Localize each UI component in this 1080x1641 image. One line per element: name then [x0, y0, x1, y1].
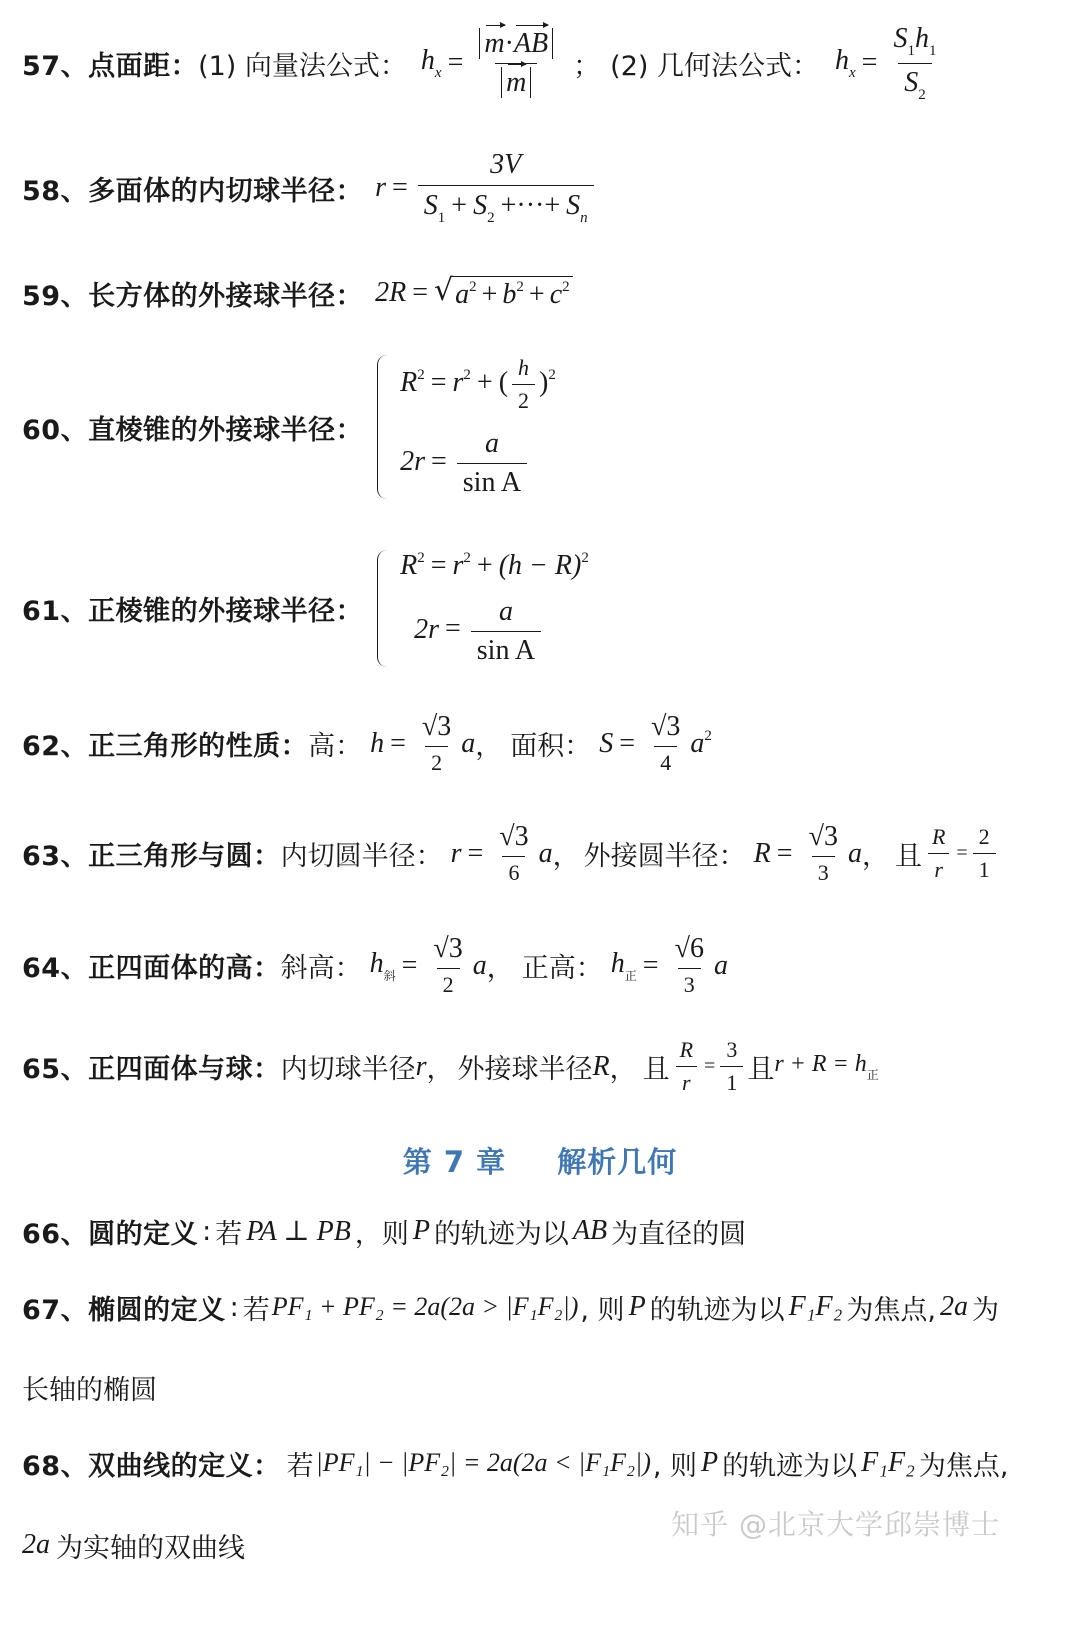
fraction: √36: [493, 821, 534, 886]
math-var: hx: [421, 45, 442, 82]
label: 正高：: [522, 946, 603, 985]
formula-64: 64、 正四面体的高： 斜高： h斜= √32 a ， 正高： h正= √63 …: [22, 928, 728, 1003]
fraction: 31: [720, 1037, 743, 1096]
separator: ，: [862, 834, 889, 873]
math-var: h: [370, 728, 384, 760]
item-title: 直棱锥的外接球半径：: [88, 408, 363, 447]
item-title: 多面体的内切球半径：: [88, 169, 363, 208]
text: 且: [643, 1047, 670, 1086]
item-title: 正三角形的性质：: [88, 724, 308, 763]
text: 为实轴的双曲线: [56, 1526, 245, 1565]
item-title: 椭圆的定义: [88, 1288, 226, 1327]
item-number: 62、: [22, 724, 88, 763]
math-var: r: [416, 1051, 427, 1083]
text: 若: [243, 1288, 270, 1327]
fraction: 21: [973, 824, 996, 883]
math-expression: PA ⊥ PB: [246, 1214, 351, 1248]
item-title: 正三角形与圆：: [88, 834, 281, 873]
item-title: 圆的定义: [88, 1212, 198, 1251]
equation-system: R2=r2+(h2)2 2r=asin A: [377, 355, 556, 499]
text: , 则: [653, 1444, 697, 1483]
fraction: √32: [416, 711, 457, 776]
item-title: 正四面体与球：: [88, 1047, 281, 1086]
separator: ；: [573, 44, 600, 83]
math-var: 2a: [940, 1291, 968, 1323]
text: 的轨迹为以: [722, 1444, 857, 1483]
math-var: a: [714, 950, 728, 982]
math-var: h斜: [370, 948, 396, 984]
sqrt-icon: √: [434, 276, 453, 306]
math-var: a2: [690, 728, 712, 760]
math-var: a: [848, 838, 862, 870]
item-title: 长方体的外接球半径：: [88, 274, 363, 313]
text: 内切球半径: [281, 1047, 416, 1086]
item-number: 65、: [22, 1047, 88, 1086]
math-expression: r + R = h正: [774, 1051, 878, 1083]
item-number: 60、: [22, 408, 88, 447]
fraction: √32: [427, 933, 468, 998]
formula-68: 68、 双曲线的定义： 若 |PF₁| − |PF₂| = 2a(2a < |F…: [22, 1440, 1008, 1486]
colon: :: [202, 1216, 211, 1247]
colon: :: [230, 1292, 239, 1323]
formula-60: 60、 直棱锥的外接球半径： R2=r2+(h2)2 2r=asin A: [22, 352, 556, 502]
separator: ，: [426, 1047, 453, 1086]
item-number: 64、: [22, 946, 88, 985]
text: 长轴的椭圆: [22, 1368, 157, 1407]
label: 面积：: [510, 724, 591, 763]
chapter-title: 解析几何: [557, 1145, 677, 1179]
text: 的轨迹为以: [434, 1212, 569, 1251]
math-var: P: [629, 1291, 646, 1323]
watermark: 知乎 @北京大学邱崇博士: [671, 1503, 1000, 1543]
label: 外接圆半径：: [584, 834, 746, 873]
math-var: P: [413, 1215, 430, 1247]
formula-67: 67、 椭圆的定义 : 若 PF₁ + PF₂ = 2a(2a > |F₁F₂|…: [22, 1284, 999, 1330]
item-number: 68、: [22, 1444, 88, 1483]
text: 为直径的圆: [611, 1212, 746, 1251]
formula-59: 59、 长方体的外接球半径： 2R = √ a2+b2+c2: [22, 268, 573, 318]
fraction: √63: [669, 933, 710, 998]
sqrt-expression: √ a2+b2+c2: [434, 276, 573, 311]
math-var: a: [539, 838, 553, 870]
equals: =: [862, 47, 878, 79]
math-var: F₁F₂: [789, 1291, 843, 1323]
text: 为: [972, 1288, 999, 1327]
separator: ，: [553, 834, 580, 873]
fraction: Rr: [926, 824, 951, 883]
text: 若: [215, 1212, 242, 1251]
fraction: m·AB m: [473, 28, 559, 99]
math-var: AB: [573, 1215, 607, 1247]
formula-62: 62、 正三角形的性质： 高： h= √32 a ， 面积： S= √34 a2: [22, 706, 712, 781]
item-number: 57、: [22, 44, 88, 83]
chapter-heading: 第 7 章 解析几何: [0, 1140, 1080, 1181]
formula-65: 65、 正四面体与球： 内切球半径 r ， 外接球半径 R ， 且 Rr = 3…: [22, 1034, 879, 1099]
equals: =: [392, 172, 408, 204]
chapter-label: 第 7 章: [403, 1145, 506, 1179]
item-title: 点面距：: [88, 44, 198, 83]
item-number: 58、: [22, 169, 88, 208]
formula-63: 63、 正三角形与圆： 内切圆半径： r= √36 a ， 外接圆半径： R= …: [22, 816, 1000, 891]
item-title: 正四面体的高：: [88, 946, 281, 985]
left-brace-icon: [377, 355, 392, 499]
math-var: 2R: [375, 277, 406, 309]
item-number: 67、: [22, 1288, 88, 1327]
separator: ，: [475, 724, 502, 763]
label: 内切圆半径：: [281, 834, 443, 873]
math-var: r: [375, 172, 386, 204]
fraction: 3V S1+S2+···+Sn: [418, 149, 594, 227]
math-expression: |PF₁| − |PF₂| = 2a(2a < |F₁F₂|): [316, 1448, 651, 1478]
method-label: (1) 向量法公式：: [198, 44, 407, 83]
fraction: S1h1 S2: [887, 23, 942, 104]
fraction: Rr: [674, 1037, 699, 1096]
math-var: 2a: [22, 1529, 50, 1561]
item-title: 正棱锥的外接球半径：: [88, 589, 363, 628]
math-var: h正: [611, 948, 637, 984]
equation-system: R2=r2+(h − R)2 2r=asin A: [377, 550, 589, 667]
math-var: F₁F₂: [861, 1447, 915, 1479]
text: , 则: [580, 1288, 624, 1327]
text: 外接球半径: [457, 1047, 592, 1086]
item-number: 59、: [22, 274, 88, 313]
math-var: R: [592, 1051, 609, 1083]
formula-66: 66、 圆的定义 : 若 PA ⊥ PB ，则 P 的轨迹为以 AB 为直径的圆: [22, 1208, 746, 1254]
math-var: r: [451, 838, 462, 870]
method-label: (2) 几何法公式：: [610, 44, 819, 83]
fraction: √34: [645, 711, 686, 776]
text: 且: [747, 1047, 774, 1086]
text: 为焦点,: [846, 1288, 936, 1327]
fraction: √33: [803, 821, 844, 886]
math-var: hx: [835, 45, 856, 82]
label: 且: [895, 834, 922, 873]
text: 为焦点,: [919, 1444, 1009, 1483]
math-var: a: [473, 950, 487, 982]
formula-58: 58、 多面体的内切球半径： r = 3V S1+S2+···+Sn: [22, 148, 598, 228]
formula-68-continuation: 2a 为实轴的双曲线: [22, 1522, 245, 1568]
equals: =: [412, 277, 428, 309]
item-number: 61、: [22, 589, 88, 628]
formula-57: 57、 点面距： (1) 向量法公式： hx = m·AB m ； (2) 几何…: [22, 18, 946, 108]
item-number: 63、: [22, 834, 88, 873]
formula-67-continuation: 长轴的椭圆: [22, 1364, 157, 1410]
separator: ，: [610, 1047, 637, 1086]
formula-61: 61、 正棱锥的外接球半径： R2=r2+(h − R)2 2r=asin A: [22, 548, 589, 668]
text: ，则: [355, 1212, 409, 1251]
math-var: P: [701, 1447, 718, 1479]
left-brace-icon: [377, 550, 392, 667]
math-expression: PF₁ + PF₂ = 2a(2a > |F₁F₂|): [272, 1292, 579, 1322]
separator: ，: [487, 946, 514, 985]
text: 的轨迹为以: [650, 1288, 785, 1327]
math-var: S: [599, 728, 613, 760]
label: 斜高：: [281, 946, 362, 985]
equals: =: [448, 47, 464, 79]
item-number: 66、: [22, 1212, 88, 1251]
math-var: R: [754, 838, 771, 870]
math-var: a: [461, 728, 475, 760]
label: 高：: [308, 724, 362, 763]
item-title: 双曲线的定义：: [88, 1444, 281, 1483]
text: 若: [287, 1444, 314, 1483]
